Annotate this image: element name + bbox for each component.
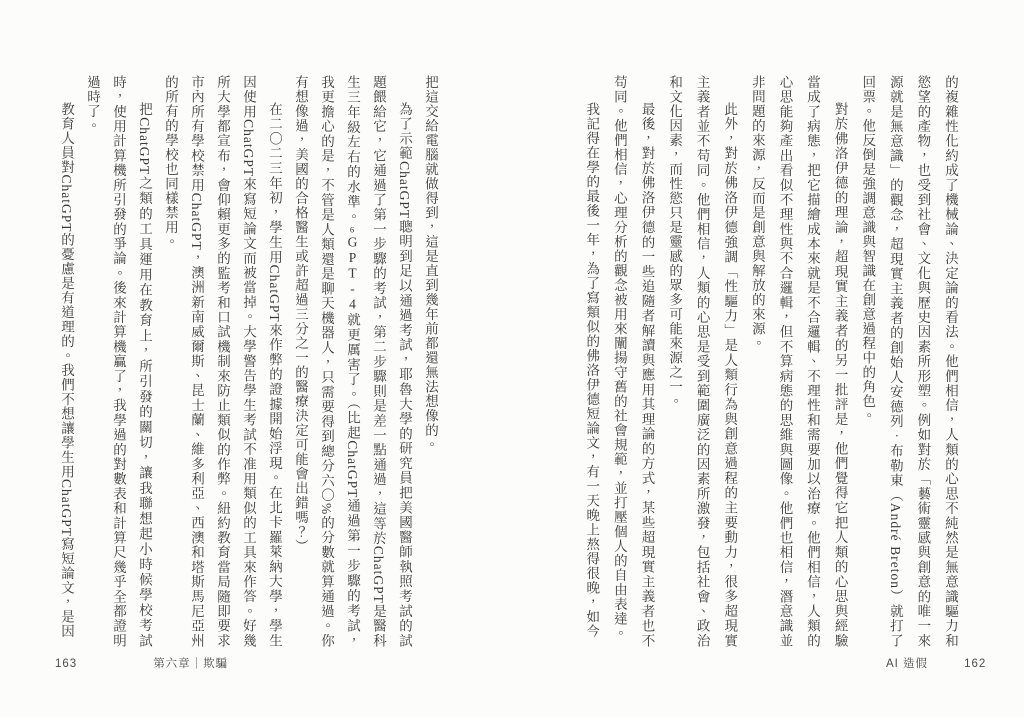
- page-left-body: 把這交給電腦就做得到，這是直到幾年前都還無法想像的。 為了示範ChatGPT聰明…: [53, 75, 443, 648]
- page-left-footer: 163 第六章｜欺騙: [55, 655, 228, 671]
- paragraph: 對於佛洛伊德的理論，超現實主義者的另一批評是，他們覺得它把人類的心思與經驗當成了…: [743, 75, 853, 648]
- paragraph: 為了示範ChatGPT聰明到足以通過考試，耶魯大學的研究員把美國醫師執照考試的試…: [287, 75, 417, 648]
- upright-latin-text: GPT-4: [345, 235, 360, 313]
- running-title: AI 造假: [886, 655, 928, 671]
- page-right-body: 的複雜性化約成了機械論、決定論的看法。他們相信，人類的心思不純然是無意識驅力和慾…: [576, 75, 964, 648]
- paragraph-continuation: 的複雜性化約成了機械論、決定論的看法。他們相信，人類的心思不純然是無意識驅力和慾…: [854, 75, 964, 648]
- page-number-right: 162: [964, 658, 986, 670]
- page-right-footer: AI 造假 162: [886, 655, 986, 671]
- paragraph-continuation: 把這交給電腦就做得到，這是直到幾年前都還無法想像的。: [417, 75, 443, 648]
- chapter-title: 第六章｜欺騙: [153, 655, 228, 671]
- paragraph: 把ChatGPT之類的工具運用在教育上，所引發的關切，讓我聯想起小時候學校考試時…: [79, 75, 157, 648]
- footnote-marker: 6: [347, 225, 357, 235]
- paragraph: 教育人員對ChatGPT的憂慮是有道理的。我們不想讓學生用ChatGPT寫短論文…: [53, 75, 79, 648]
- paragraph: 我記得在學的最後一年，為了寫類似的佛洛伊德短論文，有一天晚上熬得很晚，如今: [578, 75, 606, 648]
- paragraph: 最後，對於佛洛伊德的一些追隨者解讀與應用其理論的方式，某些超現實主義者也不苟同。…: [605, 75, 660, 648]
- page-number-left: 163: [55, 658, 77, 670]
- book-spread: 的複雜性化約成了機械論、決定論的看法。他們相信，人類的心思不純然是無意識驅力和慾…: [0, 0, 1024, 717]
- paragraph: 在二〇二三年初，學生用ChatGPT來作弊的證據開始浮現。在北卡羅萊納大學，學生…: [157, 75, 287, 648]
- paragraph: 此外，對於佛洛伊德強調「性驅力」是人類行為與創意過程的主要動力，很多超現實主義者…: [660, 75, 743, 648]
